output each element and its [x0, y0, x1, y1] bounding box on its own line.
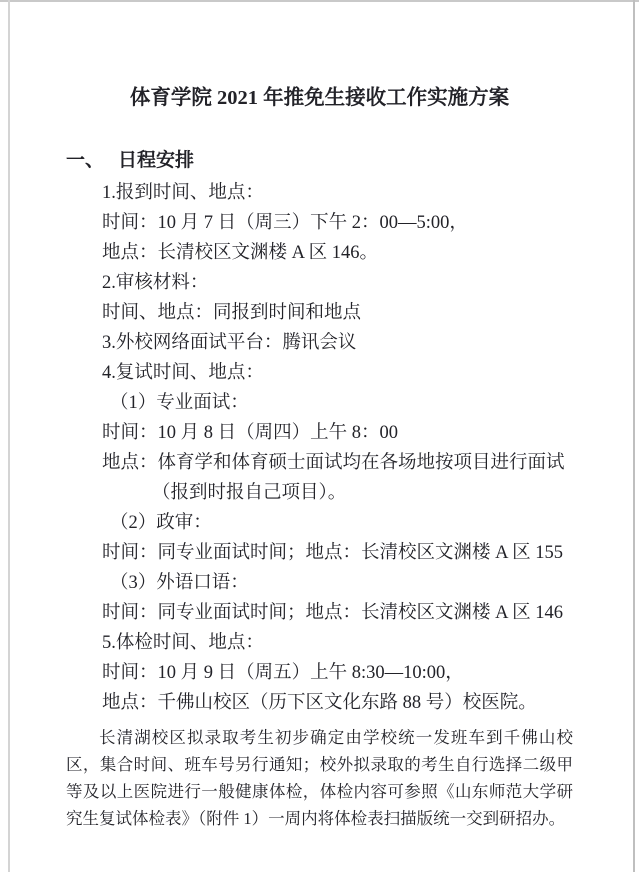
schedule-line: 时间：同专业面试时间；地点：长清校区文渊楼 A 区 146 [66, 598, 573, 628]
schedule-line: 地点：体育学和体育硕士面试均在各场地按项目进行面试 [66, 448, 573, 478]
schedule-line: 时间：同专业面试时间；地点：长清校区文渊楼 A 区 155 [66, 538, 573, 568]
schedule-line: （3）外语口语： [66, 568, 573, 598]
closing-paragraph: 长清湖校区拟录取考生初步确定由学校统一发班车到千佛山校区，集合时间、班车号另行通… [66, 724, 573, 832]
schedule-line: （2）政审： [66, 508, 573, 538]
schedule-line: 2.审核材料： [66, 268, 573, 298]
schedule-line: 时间：10 月 7 日（周三）下午 2：00—5:00， [66, 208, 573, 238]
scan-edge-left [8, 0, 10, 872]
schedule-line: （1）专业面试： [66, 388, 573, 418]
schedule-line: 4.复试时间、地点： [66, 358, 573, 388]
schedule-line: 1.报到时间、地点： [66, 178, 573, 208]
schedule-line: 时间、地点：同报到时间和地点 [66, 298, 573, 328]
schedule-line: 时间：10 月 8 日（周四）上午 8：00 [66, 418, 573, 448]
schedule-line: （报到时报自己项目）。 [66, 478, 573, 508]
section-number: 一、 [66, 150, 104, 171]
document-title: 体育学院 2021 年推免生接收工作实施方案 [66, 84, 573, 112]
schedule-line: 地点：千佛山校区（历下区文化东路 88 号）校医院。 [66, 688, 573, 718]
schedule-line: 3.外校网络面试平台：腾讯会议 [66, 328, 573, 358]
schedule-line: 5.体检时间、地点： [66, 628, 573, 658]
section-heading: 一、日程安排 [66, 147, 194, 175]
schedule-line: 地点：长清校区文渊楼 A 区 146。 [66, 238, 573, 268]
scan-edge-right [633, 0, 635, 872]
scan-edge-top [0, 0, 639, 2]
schedule-list: 1.报到时间、地点：时间：10 月 7 日（周三）下午 2：00—5:00，地点… [66, 178, 573, 718]
section-heading-text: 日程安排 [118, 150, 194, 171]
schedule-line: 时间：10 月 9 日（周五）上午 8:30—10:00， [66, 658, 573, 688]
